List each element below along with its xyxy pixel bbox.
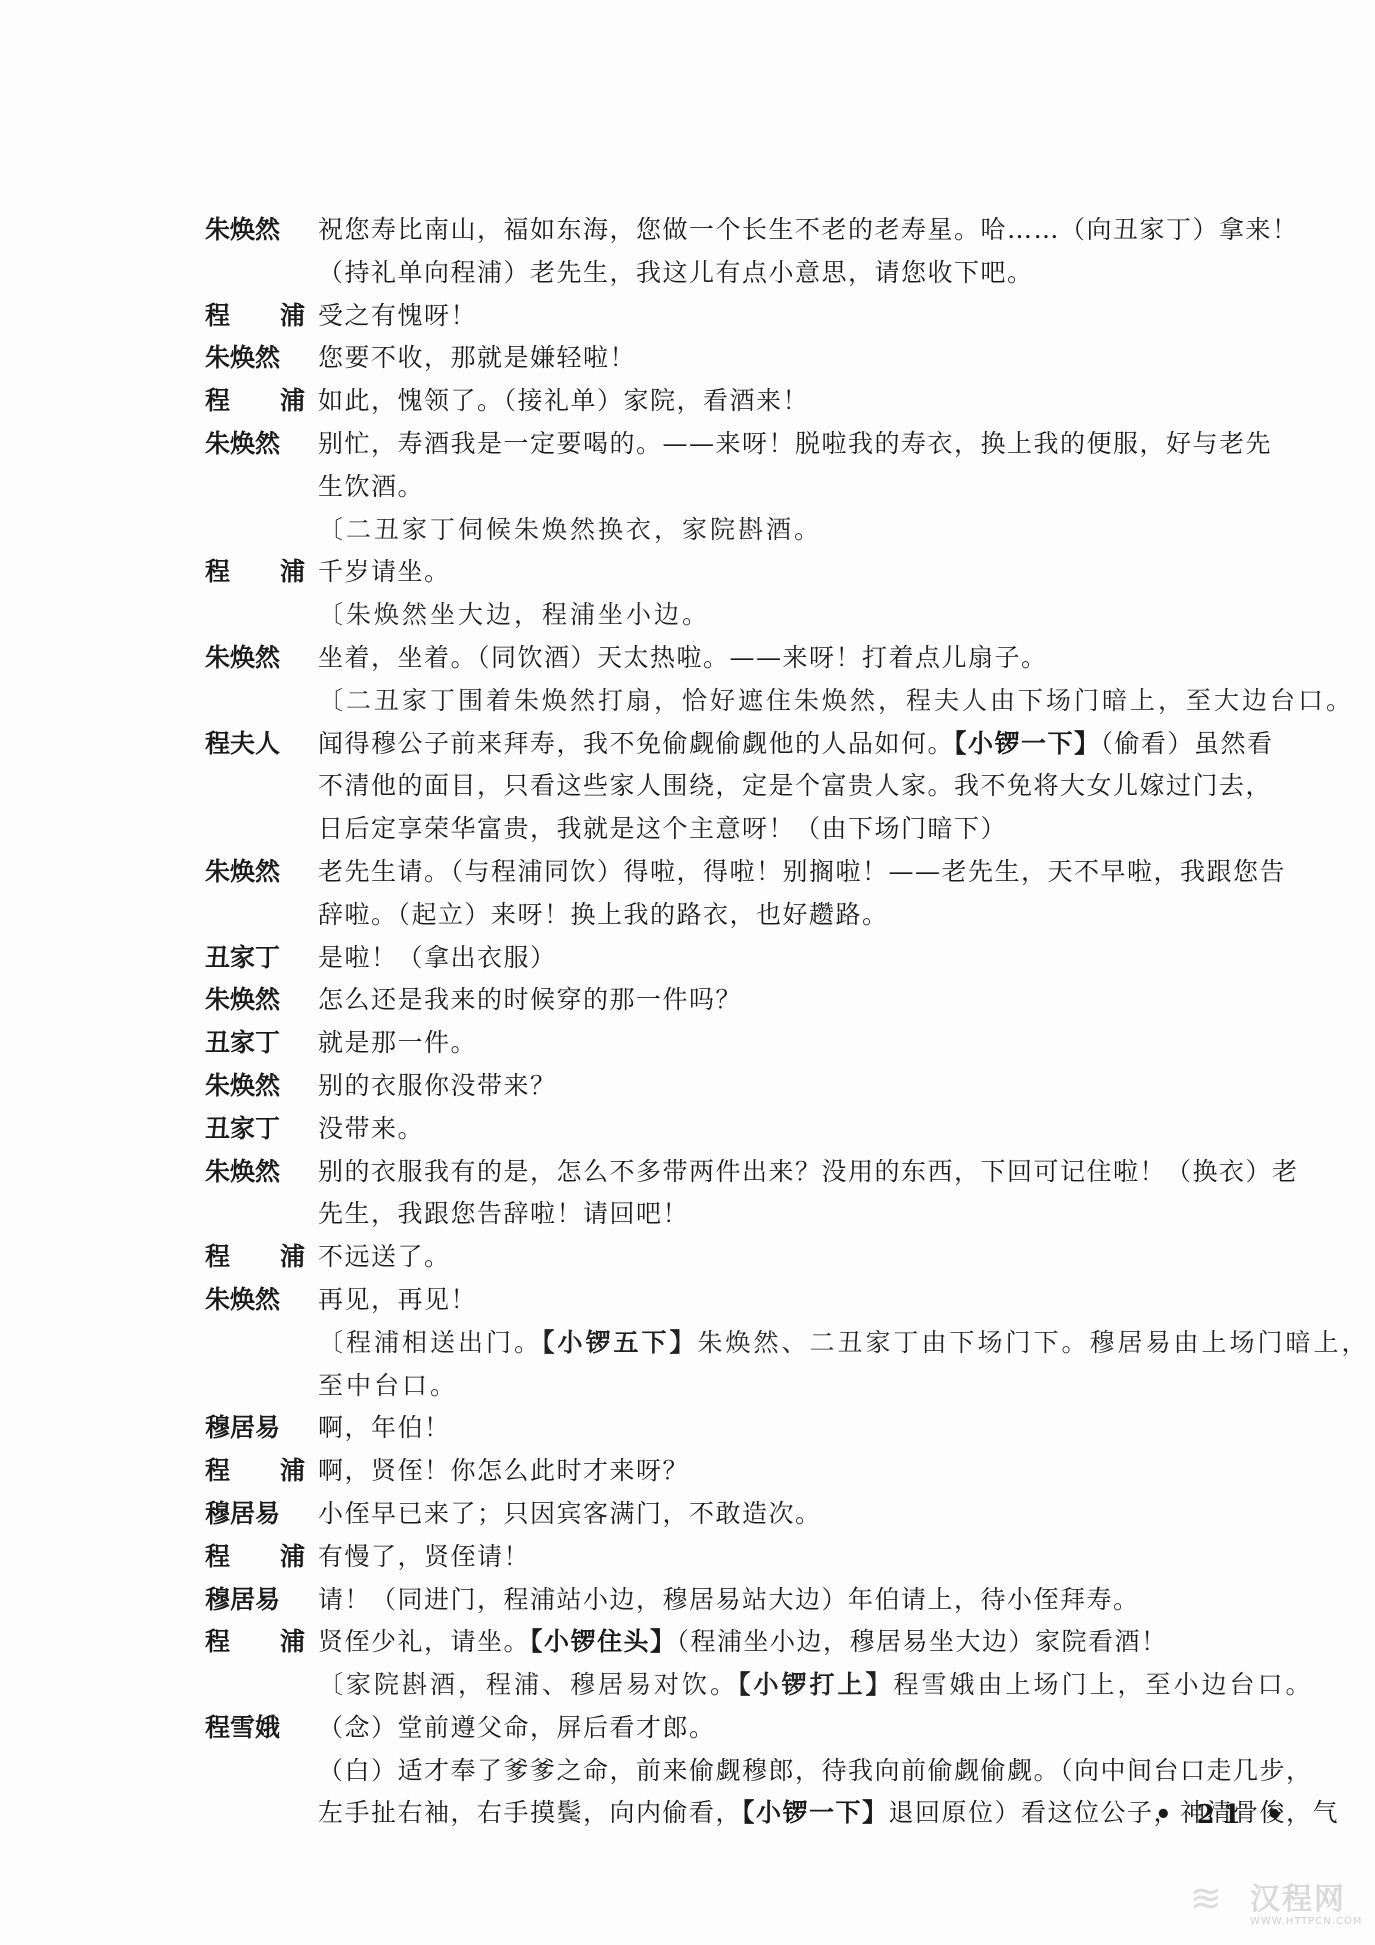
dialogue-line: 程浦如此，愧领了。（接礼单）家院，看酒来！ xyxy=(205,380,1275,423)
speaker-name: 朱焕然 xyxy=(205,637,305,680)
text-segment: 啊，年伯！ xyxy=(318,1413,451,1442)
stage-direction-line: 〔二丑家丁伺候朱焕然换衣，家院斟酒。 xyxy=(205,509,1275,552)
stage-direction-line: 〔家院斟酒，程浦、穆居易对饮。【小锣打上】程雪娥由上场门上，至小边台口。 xyxy=(205,1664,1275,1707)
stage-direction-line: 至中台口。 xyxy=(205,1365,1275,1408)
text-segment: 祝您寿比南山，福如东海，您做一个长生不老的老寿星。哈……（向丑家丁）拿来！ xyxy=(318,215,1299,244)
speaker-name: 朱焕然 xyxy=(205,209,305,252)
text-segment: 程雪娥由上场门上，至小边台口。 xyxy=(894,1670,1314,1699)
dialogue-text: 老先生请。（与程浦同饮）得啦，得啦！别搁啦！——老先生，天不早啦，我跟您告 xyxy=(318,851,1286,894)
dialogue-text: 受之有愧呀！ xyxy=(318,295,477,338)
text-segment: 是啦！（拿出衣服） xyxy=(318,943,557,972)
dialogue-text: 小侄早已来了；只因宾客满门，不敢造次。 xyxy=(318,1493,822,1536)
text-segment: 老先生请。（与程浦同饮）得啦，得啦！别搁啦！——老先生，天不早啦，我跟您告 xyxy=(318,857,1286,886)
stage-direction: 〔程浦相送出门。【小锣五下】朱焕然、二丑家丁由下场门下。穆居易由上场门暗上， xyxy=(318,1322,1370,1365)
dialogue-text: 没带来。 xyxy=(318,1108,424,1151)
text-segment: 至中台口。 xyxy=(318,1371,458,1400)
text-segment: （白）适才奉了爹爹之命，前来偷觑穆郎，待我向前偷觑偷觑。（向中间台口走几步， xyxy=(318,1756,1313,1785)
percussion-cue: 【小锣一下】 xyxy=(954,729,1101,758)
dialogue-text: 如此，愧领了。（接礼单）家院，看酒来！ xyxy=(318,380,809,423)
speaker-char: 程 xyxy=(205,1450,230,1493)
speaker-name: 朱焕然 xyxy=(205,1065,305,1108)
text-segment: 先生，我跟您告辞啦！请回吧！ xyxy=(318,1199,689,1228)
speaker-name: 朱焕然 xyxy=(205,979,305,1022)
speaker-name: 丑家丁 xyxy=(205,1022,305,1065)
script-page: 朱焕然祝您寿比南山，福如东海，您做一个长生不老的老寿星。哈……（向丑家丁）拿来！… xyxy=(0,0,1375,1945)
dialogue-text: 您要不收，那就是嫌轻啦！ xyxy=(318,337,636,380)
speaker-name: 程浦 xyxy=(205,380,305,423)
continuation-line: 日后定享荣华富贵，我就是这个主意呀！（由下场门暗下） xyxy=(205,808,1275,851)
dialogue-line: 朱焕然怎么还是我来的时候穿的那一件吗？ xyxy=(205,979,1275,1022)
text-segment: 左手扯右袖，右手摸鬓，向内偷看， xyxy=(318,1798,742,1827)
speaker-char: 浦 xyxy=(280,295,305,338)
text-segment: 辞啦。（起立）来呀！换上我的路衣，也好趱路。 xyxy=(318,900,889,929)
dialogue-text: 啊，年伯！ xyxy=(318,1407,451,1450)
speaker-name: 朱焕然 xyxy=(205,851,305,894)
text-segment: 小侄早已来了；只因宾客满门，不敢造次。 xyxy=(318,1499,822,1528)
text-segment: 别的衣服你没带来？ xyxy=(318,1071,557,1100)
dialogue-line: 程浦受之有愧呀！ xyxy=(205,295,1275,338)
speaker-char: 程 xyxy=(205,295,230,338)
speaker-char: 浦 xyxy=(280,551,305,594)
page-number: • 21 • xyxy=(1155,1800,1291,1830)
stage-direction: 〔朱焕然坐大边，程浦坐小边。 xyxy=(318,594,710,637)
dialogue-text: 怎么还是我来的时候穿的那一件吗？ xyxy=(318,979,742,1022)
text-segment: 怎么还是我来的时候穿的那一件吗？ xyxy=(318,985,742,1014)
continuation-line: （白）适才奉了爹爹之命，前来偷觑穆郎，待我向前偷觑偷觑。（向中间台口走几步， xyxy=(205,1750,1275,1793)
speaker-name: 丑家丁 xyxy=(205,1108,305,1151)
speaker-char: 浦 xyxy=(280,1236,305,1279)
speaker-char: 程 xyxy=(205,1536,230,1579)
dialogue-text: （持礼单向程浦）老先生，我这儿有点小意思，请您收下吧。 xyxy=(318,252,1034,295)
speaker-char: 浦 xyxy=(280,380,305,423)
watermark: ≋ 汉程网 WWW.HTTPCN.COM xyxy=(1190,1870,1370,1940)
stage-direction: 至中台口。 xyxy=(318,1365,458,1408)
text-segment: 受之有愧呀！ xyxy=(318,301,477,330)
speaker-name: 程浦 xyxy=(205,1450,305,1493)
dialogue-line: 丑家丁是啦！（拿出衣服） xyxy=(205,937,1275,980)
percussion-cue: 【小锣住头】 xyxy=(530,1627,677,1656)
text-segment: 没带来。 xyxy=(318,1114,424,1143)
speaker-char: 程 xyxy=(205,1621,230,1664)
text-segment: （程浦坐小边，穆居易坐大边）家院看酒！ xyxy=(677,1627,1168,1656)
speaker-char: 浦 xyxy=(280,1450,305,1493)
stage-direction: 〔二丑家丁伺候朱焕然换衣，家院斟酒。 xyxy=(318,509,822,552)
dialogue-text: 贤侄少礼，请坐。【小锣住头】（程浦坐小边，穆居易坐大边）家院看酒！ xyxy=(318,1621,1168,1664)
text-segment: 请！（同进门，程浦站小边，穆居易站大边）年伯请上，待小侄拜寿。 xyxy=(318,1585,1140,1614)
dialogue-line: 朱焕然老先生请。（与程浦同饮）得啦，得啦！别搁啦！——老先生，天不早啦，我跟您告 xyxy=(205,851,1275,894)
dialogue-text: 啊，贤侄！你怎么此时才来呀？ xyxy=(318,1450,689,1493)
continuation-line: 不清他的面目，只看这些家人围绕，定是个富贵人家。我不免将大女儿嫁过门去， xyxy=(205,765,1275,808)
text-segment: 有慢了，贤侄请！ xyxy=(318,1542,530,1571)
dialogue-line: 朱焕然别的衣服我有的是，怎么不多带两件出来？没用的东西，下回可记住啦！（换衣）老 xyxy=(205,1151,1275,1194)
text-segment: （偷看）虽然看 xyxy=(1101,729,1274,758)
speaker-name: 程夫人 xyxy=(205,723,305,766)
text-segment: 生饮酒。 xyxy=(318,472,424,501)
dialogue-text: 别的衣服我有的是，怎么不多带两件出来？没用的东西，下回可记住啦！（换衣）老 xyxy=(318,1151,1299,1194)
text-segment: 日后定享荣华富贵，我就是这个主意呀！（由下场门暗下） xyxy=(318,814,1007,843)
text-segment: 别忙，寿酒我是一定要喝的。——来呀！脱啦我的寿衣，换上我的便服，好与老先 xyxy=(318,429,1272,458)
dialogue-line: 朱焕然再见，再见！ xyxy=(205,1279,1275,1322)
text-segment: 〔二丑家丁伺候朱焕然换衣，家院斟酒。 xyxy=(318,515,822,544)
dialogue-text: 坐着，坐着。（同饮酒）天太热啦。——来呀！打着点儿扇子。 xyxy=(318,637,1048,680)
percussion-cue: 【小锣打上】 xyxy=(738,1670,894,1699)
text-segment: 不远送了。 xyxy=(318,1242,451,1271)
speaker-name: 朱焕然 xyxy=(205,423,305,466)
text-segment: 朱焕然、二丑家丁由下场门下。穆居易由上场门暗上， xyxy=(698,1328,1370,1357)
watermark-url: WWW.HTTPCN.COM xyxy=(1250,1916,1362,1927)
text-segment: 〔家院斟酒，程浦、穆居易对饮。 xyxy=(318,1670,738,1699)
watermark-name: 汉程网 xyxy=(1250,1874,1346,1918)
dialogue-line: 朱焕然坐着，坐着。（同饮酒）天太热啦。——来呀！打着点儿扇子。 xyxy=(205,637,1275,680)
percussion-cue: 【小锣一下】 xyxy=(742,1798,889,1827)
dialogue-line: 朱焕然您要不收，那就是嫌轻啦！ xyxy=(205,337,1275,380)
text-segment: 闻得穆公子前来拜寿，我不免偷觑偷觑他的人品如何。 xyxy=(318,729,954,758)
text-segment: 〔二丑家丁围着朱焕然打扇，恰好遮住朱焕然，程夫人由下场门暗上，至大边台口。 xyxy=(318,686,1354,715)
stage-direction-line: 〔程浦相送出门。【小锣五下】朱焕然、二丑家丁由下场门下。穆居易由上场门暗上， xyxy=(205,1322,1275,1365)
dialogue-text: 别的衣服你没带来？ xyxy=(318,1065,557,1108)
speaker-name: 穆居易 xyxy=(205,1493,305,1536)
text-segment: 别的衣服我有的是，怎么不多带两件出来？没用的东西，下回可记住啦！（换衣）老 xyxy=(318,1157,1299,1186)
speaker-char: 程 xyxy=(205,551,230,594)
continuation-line: 生饮酒。 xyxy=(205,466,1275,509)
dialogue-text: 祝您寿比南山，福如东海，您做一个长生不老的老寿星。哈……（向丑家丁）拿来！ xyxy=(318,209,1299,252)
text-segment: 您要不收，那就是嫌轻啦！ xyxy=(318,343,636,372)
speaker-name: 程浦 xyxy=(205,1236,305,1279)
text-segment: （持礼单向程浦）老先生，我这儿有点小意思，请您收下吧。 xyxy=(318,258,1034,287)
dialogue-line: 朱焕然别忙，寿酒我是一定要喝的。——来呀！脱啦我的寿衣，换上我的便服，好与老先 xyxy=(205,423,1275,466)
speaker-name: 穆居易 xyxy=(205,1407,305,1450)
speaker-name: 朱焕然 xyxy=(205,1279,305,1322)
speaker-char: 程 xyxy=(205,1236,230,1279)
dialogue-text: 有慢了，贤侄请！ xyxy=(318,1536,530,1579)
dialogue-line: 程浦不远送了。 xyxy=(205,1236,1275,1279)
dialogue-line: 程浦贤侄少礼，请坐。【小锣住头】（程浦坐小边，穆居易坐大边）家院看酒！ xyxy=(205,1621,1275,1664)
dialogue-text: 生饮酒。 xyxy=(318,466,424,509)
dialogue-line: 丑家丁就是那一件。 xyxy=(205,1022,1275,1065)
text-segment: 〔朱焕然坐大边，程浦坐小边。 xyxy=(318,600,710,629)
stage-direction: 〔家院斟酒，程浦、穆居易对饮。【小锣打上】程雪娥由上场门上，至小边台口。 xyxy=(318,1664,1314,1707)
text-segment: 坐着，坐着。（同饮酒）天太热啦。——来呀！打着点儿扇子。 xyxy=(318,643,1048,672)
dialogue-text: （念）堂前遵父命，屏后看才郎。 xyxy=(318,1707,716,1750)
speaker-char: 程 xyxy=(205,380,230,423)
stage-direction-line: 〔朱焕然坐大边，程浦坐小边。 xyxy=(205,594,1275,637)
dialogue-line: 朱焕然别的衣服你没带来？ xyxy=(205,1065,1275,1108)
text-segment: 啊，贤侄！你怎么此时才来呀？ xyxy=(318,1456,689,1485)
dialogue-line: 程浦千岁请坐。 xyxy=(205,551,1275,594)
dialogue-line: 朱焕然祝您寿比南山，福如东海，您做一个长生不老的老寿星。哈……（向丑家丁）拿来！ xyxy=(205,209,1275,252)
text-segment: 不清他的面目，只看这些家人围绕，定是个富贵人家。我不免将大女儿嫁过门去， xyxy=(318,771,1272,800)
text-segment: 再见，再见！ xyxy=(318,1285,477,1314)
dialogue-text: （白）适才奉了爹爹之命，前来偷觑穆郎，待我向前偷觑偷觑。（向中间台口走几步， xyxy=(318,1750,1313,1793)
dialogue-text: 千岁请坐。 xyxy=(318,551,451,594)
speaker-name: 程雪娥 xyxy=(205,1707,305,1750)
dialogue-text: 辞啦。（起立）来呀！换上我的路衣，也好趱路。 xyxy=(318,894,889,937)
dialogue-line: 程雪娥（念）堂前遵父命，屏后看才郎。 xyxy=(205,1707,1275,1750)
dialogue-text: 请！（同进门，程浦站小边，穆居易站大边）年伯请上，待小侄拜寿。 xyxy=(318,1579,1140,1622)
wave-logo-icon: ≋ xyxy=(1190,1876,1222,1920)
dialogue-line: 穆居易小侄早已来了；只因宾客满门，不敢造次。 xyxy=(205,1493,1275,1536)
speaker-name: 程浦 xyxy=(205,295,305,338)
continuation-line: （持礼单向程浦）老先生，我这儿有点小意思，请您收下吧。 xyxy=(205,252,1275,295)
dialogue-line: 程夫人闻得穆公子前来拜寿，我不免偷觑偷觑他的人品如何。【小锣一下】（偷看）虽然看 xyxy=(205,723,1275,766)
continuation-line: 左手扯右袖，右手摸鬓，向内偷看，【小锣一下】退回原位）看这位公子，神清骨俊，气 xyxy=(205,1792,1275,1835)
script-body: 朱焕然祝您寿比南山，福如东海，您做一个长生不老的老寿星。哈……（向丑家丁）拿来！… xyxy=(205,209,1275,1835)
speaker-name: 丑家丁 xyxy=(205,937,305,980)
dialogue-text: 不远送了。 xyxy=(318,1236,451,1279)
text-segment: 就是那一件。 xyxy=(318,1028,477,1057)
dialogue-text: 闻得穆公子前来拜寿，我不免偷觑偷觑他的人品如何。【小锣一下】（偷看）虽然看 xyxy=(318,723,1274,766)
continuation-line: 先生，我跟您告辞啦！请回吧！ xyxy=(205,1193,1275,1236)
speaker-name: 程浦 xyxy=(205,551,305,594)
speaker-name: 程浦 xyxy=(205,1536,305,1579)
dialogue-text: 先生，我跟您告辞啦！请回吧！ xyxy=(318,1193,689,1236)
text-segment: 贤侄少礼，请坐。 xyxy=(318,1627,530,1656)
dialogue-line: 程浦有慢了，贤侄请！ xyxy=(205,1536,1275,1579)
dialogue-text: 日后定享荣华富贵，我就是这个主意呀！（由下场门暗下） xyxy=(318,808,1007,851)
speaker-name: 穆居易 xyxy=(205,1579,305,1622)
text-segment: （念）堂前遵父命，屏后看才郎。 xyxy=(318,1713,716,1742)
dialogue-text: 不清他的面目，只看这些家人围绕，定是个富贵人家。我不免将大女儿嫁过门去， xyxy=(318,765,1272,808)
text-segment: 〔程浦相送出门。 xyxy=(318,1328,542,1357)
speaker-char: 浦 xyxy=(280,1621,305,1664)
dialogue-text: 别忙，寿酒我是一定要喝的。——来呀！脱啦我的寿衣，换上我的便服，好与老先 xyxy=(318,423,1272,466)
speaker-name: 程浦 xyxy=(205,1621,305,1664)
stage-direction-line: 〔二丑家丁围着朱焕然打扇，恰好遮住朱焕然，程夫人由下场门暗上，至大边台口。 xyxy=(205,680,1275,723)
dialogue-text: 就是那一件。 xyxy=(318,1022,477,1065)
speaker-name: 朱焕然 xyxy=(205,337,305,380)
dialogue-line: 穆居易啊，年伯！ xyxy=(205,1407,1275,1450)
dialogue-text: 再见，再见！ xyxy=(318,1279,477,1322)
dialogue-line: 程浦啊，贤侄！你怎么此时才来呀？ xyxy=(205,1450,1275,1493)
dialogue-line: 丑家丁没带来。 xyxy=(205,1108,1275,1151)
percussion-cue: 【小锣五下】 xyxy=(542,1328,698,1357)
dialogue-text: 是啦！（拿出衣服） xyxy=(318,937,557,980)
speaker-name: 朱焕然 xyxy=(205,1151,305,1194)
text-segment: 千岁请坐。 xyxy=(318,557,451,586)
stage-direction: 〔二丑家丁围着朱焕然打扇，恰好遮住朱焕然，程夫人由下场门暗上，至大边台口。 xyxy=(318,680,1354,723)
dialogue-line: 穆居易请！（同进门，程浦站小边，穆居易站大边）年伯请上，待小侄拜寿。 xyxy=(205,1579,1275,1622)
speaker-char: 浦 xyxy=(280,1536,305,1579)
continuation-line: 辞啦。（起立）来呀！换上我的路衣，也好趱路。 xyxy=(205,894,1275,937)
text-segment: 如此，愧领了。（接礼单）家院，看酒来！ xyxy=(318,386,809,415)
